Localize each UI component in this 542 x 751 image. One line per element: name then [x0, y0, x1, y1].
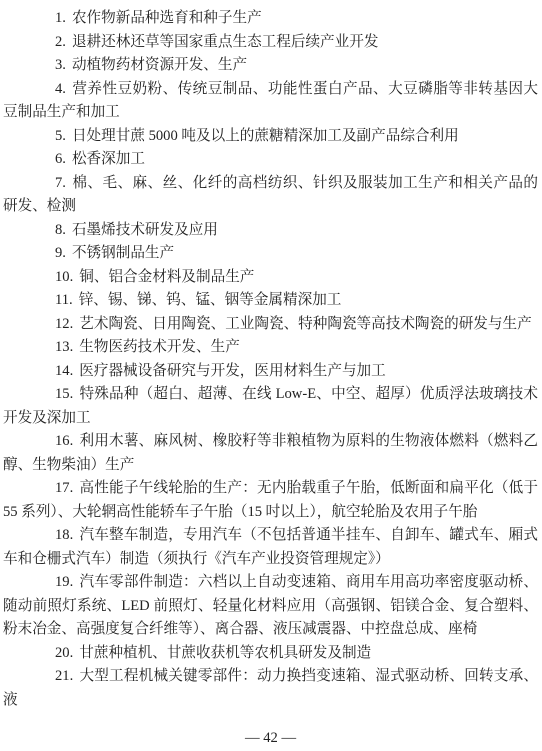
item-number: 7.	[55, 175, 66, 191]
item-text: 医疗器械设备研究与开发，医用材料生产与加工	[79, 363, 385, 379]
list-item: 18.汽车整车制造，专用汽车（不包括普通半挂车、自卸车、罐式车、厢式车和仓栅式汽…	[3, 524, 538, 571]
page-number: — 42 —	[3, 727, 538, 749]
item-text: 汽车整车制造，专用汽车（不包括普通半挂车、自卸车、罐式车、厢式车和仓栅式汽车）制…	[3, 527, 538, 567]
item-text: 农作物新品种选育和种子生产	[72, 10, 262, 26]
list-item: 10.铜、铝合金材料及制品生产	[3, 266, 538, 290]
list-item: 21.大型工程机械关键零部件：动力换挡变速箱、湿式驱动桥、回转支承、液	[3, 665, 538, 712]
item-number: 13.	[55, 339, 73, 355]
item-number: 5.	[55, 128, 66, 144]
list-item: 19.汽车零部件制造：六档以上自动变速箱、商用车用高功率密度驱动桥、随动前照灯系…	[3, 571, 538, 642]
item-text: 生物医药技术开发、生产	[79, 339, 240, 355]
item-text: 利用木薯、麻风树、橡胶籽等非粮植物为原料的生物液体燃料（燃料乙醇、生物柴油）生产	[3, 433, 538, 473]
item-number: 8.	[55, 222, 66, 238]
item-number: 11.	[55, 292, 73, 308]
item-number: 18.	[55, 527, 73, 543]
item-text: 动植物药材资源开发、生产	[72, 57, 247, 73]
item-number: 20.	[55, 645, 73, 661]
item-text: 高性能子午线轮胎的生产：无内胎载重子午胎，低断面和扁平化（低于 55 系列）、大…	[3, 480, 538, 520]
item-number: 6.	[55, 151, 66, 167]
item-text: 营养性豆奶粉、传统豆制品、功能性蛋白产品、大豆磷脂等非转基因大豆制品生产和加工	[3, 81, 538, 121]
item-number: 3.	[55, 57, 66, 73]
item-text: 日处理甘蔗 5000 吨及以上的蔗糖精深加工及副产品综合利用	[72, 128, 459, 144]
item-number: 17.	[55, 480, 73, 496]
list-item: 13.生物医药技术开发、生产	[3, 336, 538, 360]
list-item: 1.农作物新品种选育和种子生产	[3, 7, 538, 31]
list-item: 2.退耕还林还草等国家重点生态工程后续产业开发	[3, 31, 538, 55]
item-number: 19.	[55, 574, 73, 590]
item-text: 石墨烯技术研发及应用	[72, 222, 218, 238]
list-item: 17.高性能子午线轮胎的生产：无内胎载重子午胎，低断面和扁平化（低于 55 系列…	[3, 477, 538, 524]
item-number: 15.	[55, 386, 73, 402]
list-item: 3.动植物药材资源开发、生产	[3, 54, 538, 78]
item-text: 大型工程机械关键零部件：动力换挡变速箱、湿式驱动桥、回转支承、液	[3, 668, 538, 708]
list-item: 4.营养性豆奶粉、传统豆制品、功能性蛋白产品、大豆磷脂等非转基因大豆制品生产和加…	[3, 78, 538, 125]
item-text: 特殊品种（超白、超薄、在线 Low-E、中空、超厚）优质浮法玻璃技术开发及深加工	[3, 386, 538, 426]
item-number: 21.	[55, 668, 73, 684]
list-item: 16.利用木薯、麻风树、橡胶籽等非粮植物为原料的生物液体燃料（燃料乙醇、生物柴油…	[3, 430, 538, 477]
item-text: 锌、锡、锑、钨、锰、铟等金属精深加工	[79, 292, 342, 308]
item-text: 不锈钢制品生产	[72, 245, 174, 261]
list-item: 9.不锈钢制品生产	[3, 242, 538, 266]
item-number: 10.	[55, 269, 73, 285]
item-number: 16.	[55, 433, 73, 449]
list-item: 14.医疗器械设备研究与开发，医用材料生产与加工	[3, 360, 538, 384]
list-item: 20.甘蔗种植机、甘蔗收获机等农机具研发及制造	[3, 642, 538, 666]
item-number: 12.	[55, 316, 73, 332]
item-number: 1.	[55, 10, 66, 26]
item-number: 4.	[55, 81, 66, 97]
item-text: 铜、铝合金材料及制品生产	[79, 269, 254, 285]
list-item: 12.艺术陶瓷、日用陶瓷、工业陶瓷、特种陶瓷等高技术陶瓷的研发与生产	[3, 313, 538, 337]
item-list: 1.农作物新品种选育和种子生产 2.退耕还林还草等国家重点生态工程后续产业开发 …	[3, 7, 538, 712]
list-item: 5.日处理甘蔗 5000 吨及以上的蔗糖精深加工及副产品综合利用	[3, 125, 538, 149]
list-item: 7.棉、毛、麻、丝、化纤的高档纺织、针织及服装加工生产和相关产品的研发、检测	[3, 172, 538, 219]
item-number: 2.	[55, 34, 66, 50]
item-text: 棉、毛、麻、丝、化纤的高档纺织、针织及服装加工生产和相关产品的研发、检测	[3, 175, 538, 215]
list-item: 6.松香深加工	[3, 148, 538, 172]
item-text: 甘蔗种植机、甘蔗收获机等农机具研发及制造	[79, 645, 371, 661]
item-text: 艺术陶瓷、日用陶瓷、工业陶瓷、特种陶瓷等高技术陶瓷的研发与生产	[79, 316, 531, 332]
list-item: 8.石墨烯技术研发及应用	[3, 219, 538, 243]
item-number: 9.	[55, 245, 66, 261]
list-item: 15.特殊品种（超白、超薄、在线 Low-E、中空、超厚）优质浮法玻璃技术开发及…	[3, 383, 538, 430]
list-item: 11.锌、锡、锑、钨、锰、铟等金属精深加工	[3, 289, 538, 313]
item-text: 汽车零部件制造：六档以上自动变速箱、商用车用高功率密度驱动桥、随动前照灯系统、L…	[3, 574, 538, 637]
item-number: 14.	[55, 363, 73, 379]
item-text: 松香深加工	[72, 151, 145, 167]
item-text: 退耕还林还草等国家重点生态工程后续产业开发	[72, 34, 378, 50]
document-page: 1.农作物新品种选育和种子生产 2.退耕还林还草等国家重点生态工程后续产业开发 …	[0, 0, 542, 749]
